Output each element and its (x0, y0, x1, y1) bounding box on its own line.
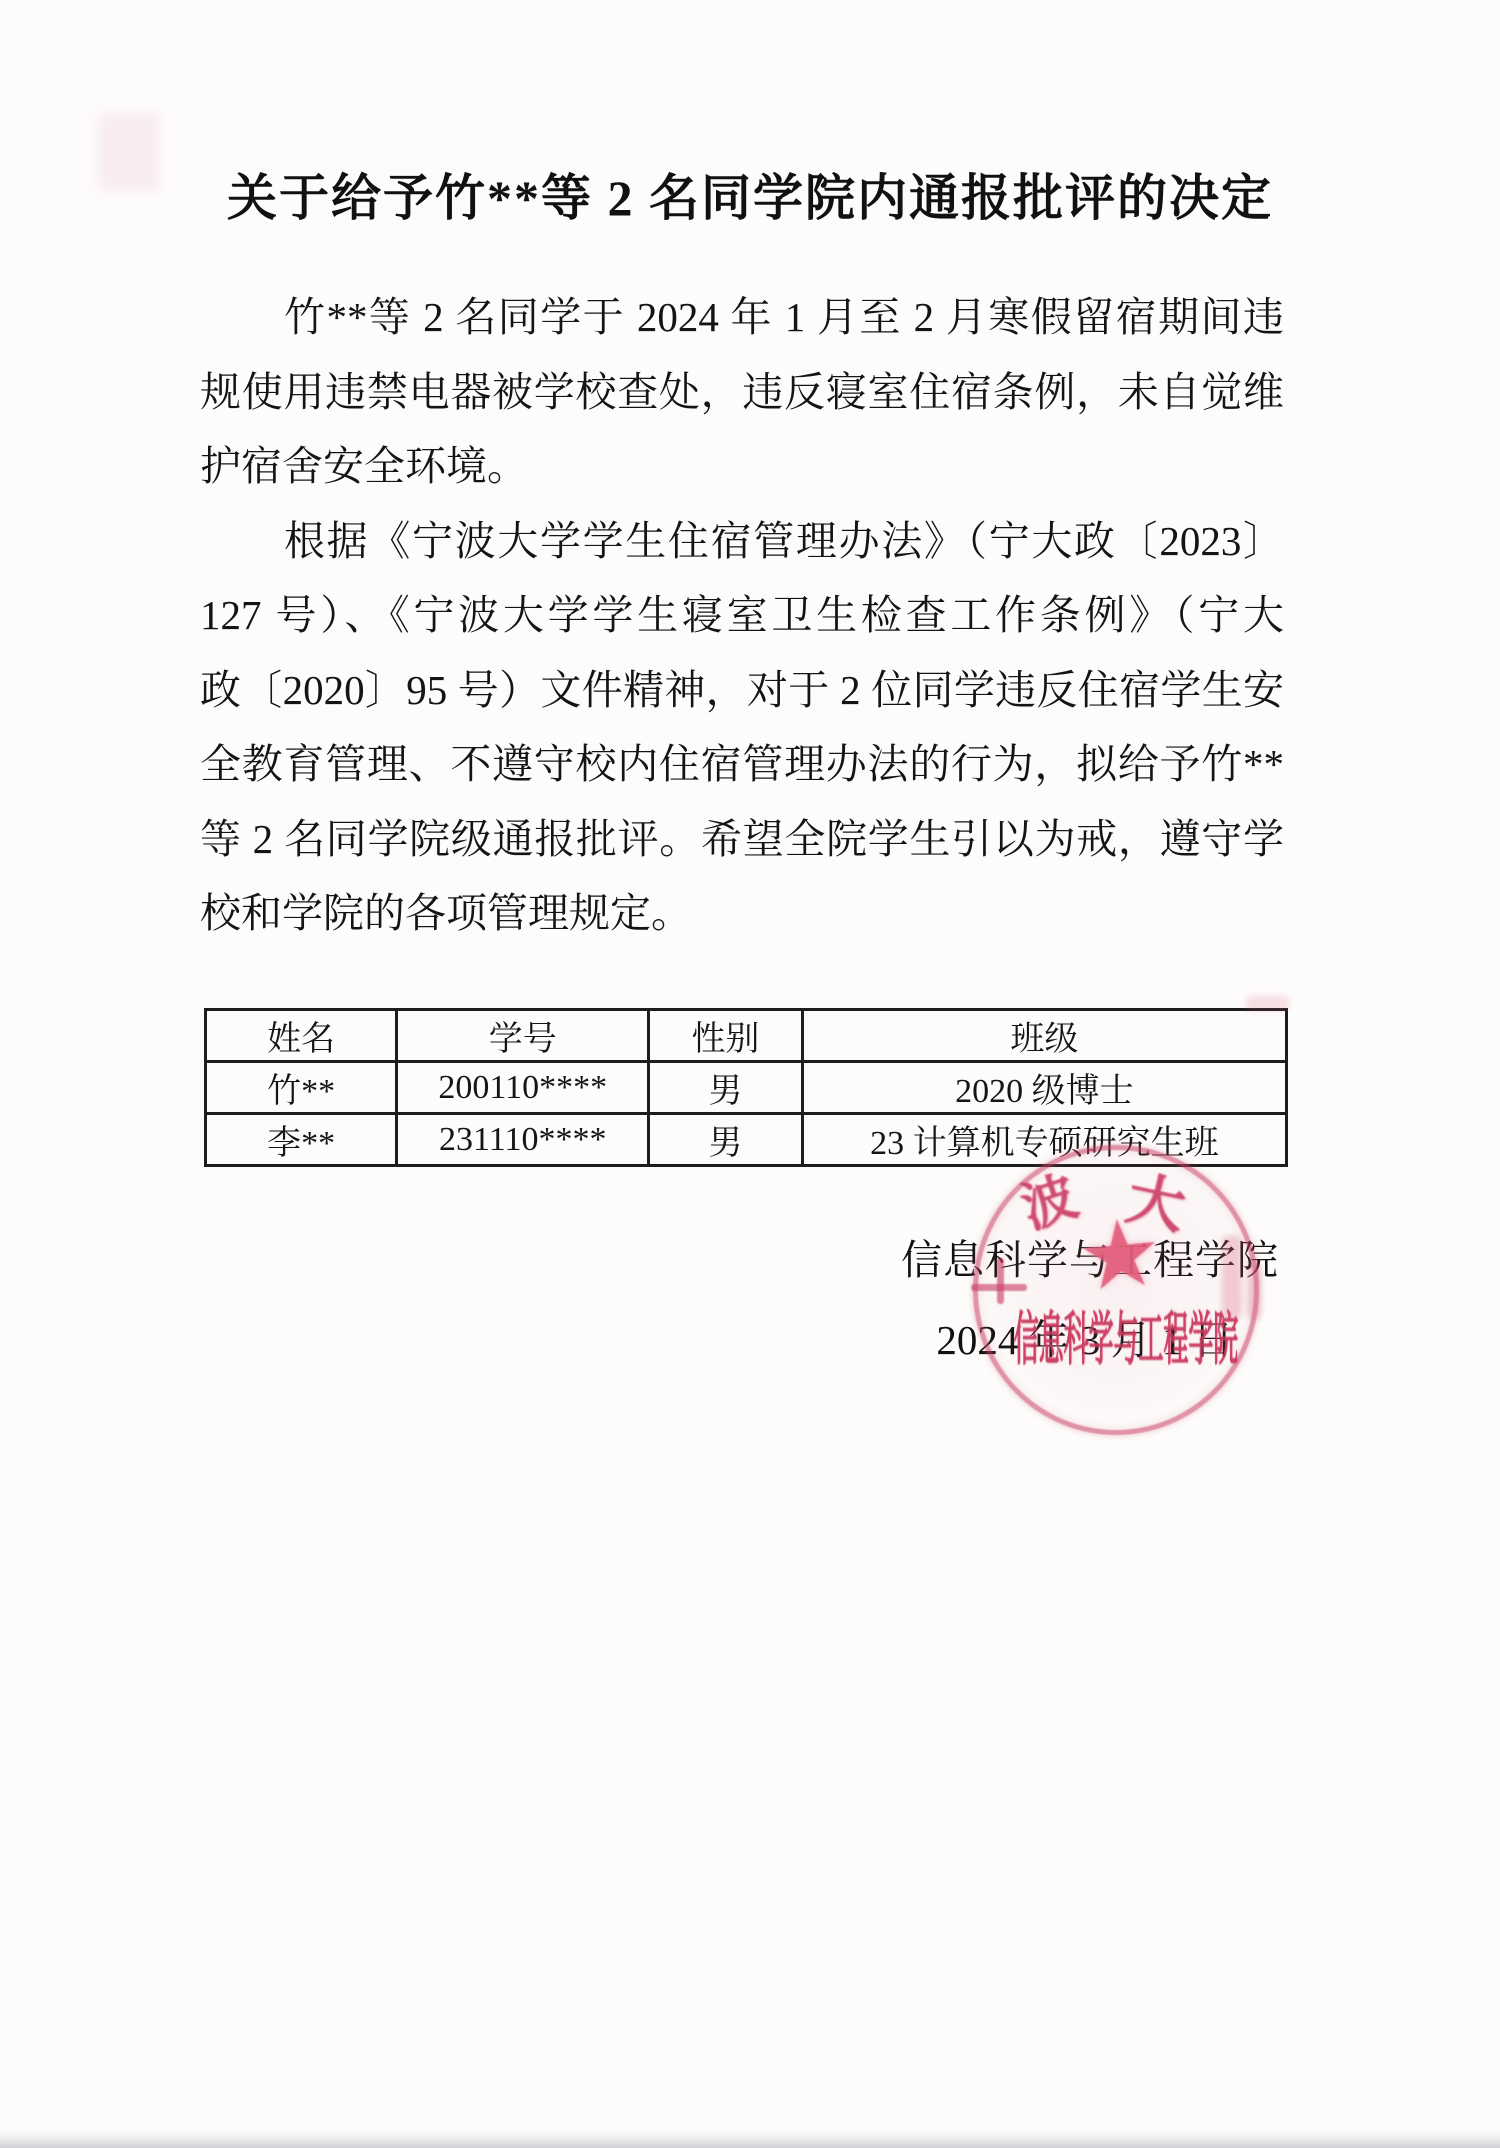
table-cell-class: 2020 级博士 (802, 1062, 1286, 1114)
table-header-gender: 性别 (649, 1010, 803, 1062)
seal-star-icon: ★ (1068, 1202, 1172, 1310)
body-line: 校和学院的各项管理规定。 (200, 876, 1284, 951)
scanner-edge-strip (0, 2130, 1500, 2148)
students-table: 姓名 学号 性别 班级 竹** 200110**** 男 2020 级博士 李*… (204, 1008, 1288, 1167)
body-line: 等 2 名同学院级通报批评。希望全院学生引以为戒，遵守学 (200, 802, 1284, 877)
body-line: 规使用违禁电器被学校查处，违反寝室住宿条例，未自觉维 (200, 355, 1284, 430)
ink-smudge (1247, 1262, 1261, 1320)
seal-bottom-text: 信息科学与工程学院 (1010, 1308, 1242, 1372)
table-header-id: 学号 (397, 1010, 649, 1062)
table-row: 竹** 200110**** 男 2020 级博士 (206, 1062, 1287, 1114)
table-cell-name: 李** (206, 1114, 397, 1166)
body-line: 护宿舍安全环境。 (200, 429, 1284, 504)
ink-smudge (1222, 1235, 1242, 1320)
table-cell-gender: 男 (649, 1062, 803, 1114)
body-line: 根据《宁波大学学生住宿管理办法》（宁大政〔2023〕 (200, 504, 1284, 579)
body-line: 竹**等 2 名同学于 2024 年 1 月至 2 月寒假留宿期间违 (200, 280, 1284, 355)
table-cell-class: 23 计算机专硕研究生班 (802, 1114, 1286, 1166)
table-cell-name: 竹** (206, 1062, 397, 1114)
ink-smudge (1245, 995, 1290, 1011)
seal-stroke-mark (997, 1258, 1004, 1304)
table-cell-gender: 男 (649, 1114, 803, 1166)
table-header-row: 姓名 学号 性别 班级 (206, 1010, 1287, 1062)
table-cell-id: 200110**** (397, 1062, 649, 1114)
table-header-name: 姓名 (206, 1010, 397, 1062)
body-line: 政〔2020〕95 号）文件精神，对于 2 位同学违反住宿学生安 (200, 653, 1284, 728)
table-cell-id: 231110**** (397, 1114, 649, 1166)
table-header-class: 班级 (802, 1010, 1286, 1062)
scanned-notice-page: 关于给予竹**等 2 名同学院内通报批评的决定 竹**等 2 名同学于 2024… (0, 0, 1500, 2148)
body-line: 全教育管理、不遵守校内住宿管理办法的行为，拟给予竹** (200, 727, 1284, 802)
body-text: 竹**等 2 名同学于 2024 年 1 月至 2 月寒假留宿期间违 规使用违禁… (200, 280, 1284, 951)
body-line: 127 号）、《宁波大学学生寝室卫生检查工作条例》（宁大 (200, 578, 1284, 653)
page-title: 关于给予竹**等 2 名同学院内通报批评的决定 (0, 158, 1500, 230)
ink-smudge (98, 112, 160, 192)
